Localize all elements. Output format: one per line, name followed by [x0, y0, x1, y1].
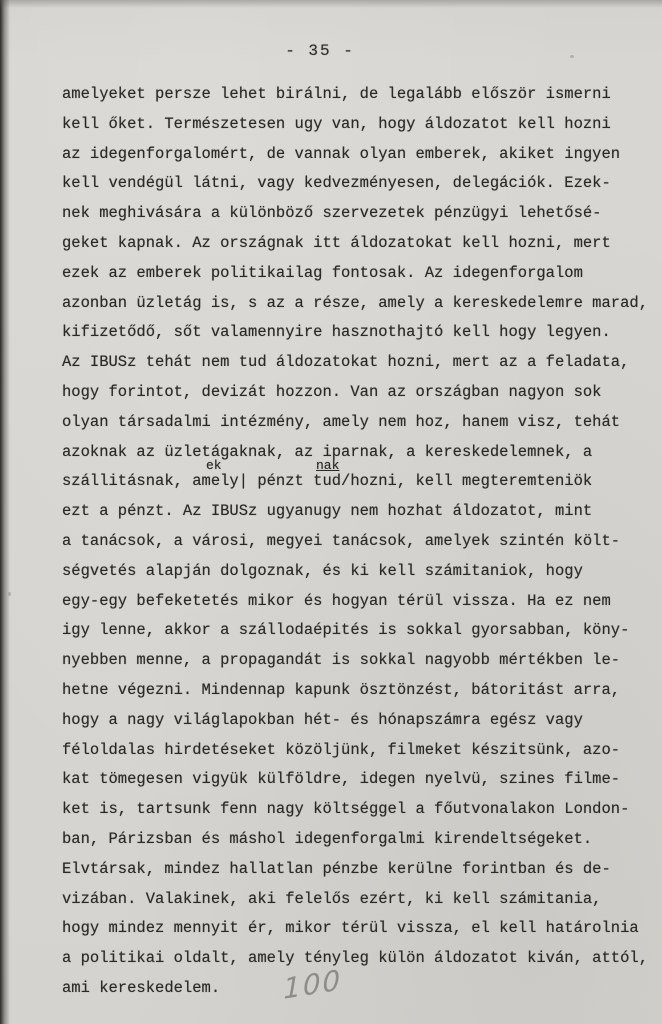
- text-line: ket is, tartsunk fenn nagy költséggel a …: [62, 795, 642, 825]
- text-line: Az IBUSz tehát nem tud áldozatokat hozni…: [62, 348, 642, 378]
- text-line: kell vendégül látni, vagy kedvezményesen…: [62, 169, 642, 199]
- text-line: kat tömegesen vigyük külföldre, idegen n…: [62, 765, 642, 795]
- text-line: Elvtársak, mindez hallatlan pénzbe kerül…: [62, 855, 642, 885]
- text-line: ami kereskedelem.: [62, 974, 642, 1004]
- text-line: nek meghivására a különböző szervezetek …: [62, 199, 642, 229]
- text-line: hetne végezni. Mindennap kapunk ösztönzé…: [62, 676, 642, 706]
- text-line: ségvetés alapján dolgoznak, és ki kell s…: [62, 557, 642, 587]
- paper-speck: [8, 592, 11, 596]
- text-line: hogy forintot, devizát hozzon. Van az or…: [62, 378, 642, 408]
- text-line: kifizetődő, sőt valamennyire hasznothajt…: [62, 318, 642, 348]
- text-line: vizában. Valakinek, aki felelős ezért, k…: [62, 885, 642, 915]
- text-line: azoknak az üzletágaknak, az iparnak, a k…: [62, 438, 642, 468]
- paper-speck: [570, 55, 574, 58]
- text-line: amelyeket persze lehet birálni, de legal…: [62, 80, 642, 110]
- text-line: hogy mindez mennyit ér, mikor térül viss…: [62, 914, 642, 944]
- text-line: az idegenforgalomért, de vannak olyan em…: [62, 140, 642, 170]
- text-line: igy lenne, akkor a szállodaépités is sok…: [62, 616, 642, 646]
- text-line: egy-egy befeketetés mikor és hogyan térü…: [62, 587, 642, 617]
- text-line: féloldalas hirdetéseket közöljünk, filme…: [62, 736, 642, 766]
- page-number: - 35 -: [0, 42, 640, 60]
- text-line: ezt a pénzt. Az IBUSz ugyanugy nem hozha…: [62, 497, 642, 527]
- text-line: nyebben menne, a propagandát is sokkal n…: [62, 646, 642, 676]
- text-line: kell őket. Természetesen ugy van, hogy á…: [62, 110, 642, 140]
- text-line-with-corrections: szállitásnak, amely| pénzt tud/hozni, ke…: [62, 467, 642, 497]
- scan-edge-shadow-top: [0, 0, 662, 8]
- text-line: azonban üzletág is, s az a része, amely …: [62, 289, 642, 319]
- scanned-document-page: - 35 - amelyeket persze lehet birálni, d…: [0, 0, 662, 1024]
- text-line: a politikai oldalt, amely tényleg külön …: [62, 944, 642, 974]
- scan-edge-shadow-left: [0, 0, 10, 1024]
- paper-speck: [200, 720, 203, 723]
- typed-insertion-correction: nak: [316, 459, 339, 472]
- text-line: olyan társadalmi intézmény, amely nem ho…: [62, 408, 642, 438]
- text-line: ban, Párizsban és máshol idegenforgalmi …: [62, 825, 642, 855]
- document-body: amelyeket persze lehet birálni, de legal…: [62, 80, 642, 1004]
- text-line: ezek az emberek politikailag fontosak. A…: [62, 259, 642, 289]
- text-line: a tanácsok, a városi, megyei tanácsok, a…: [62, 527, 642, 557]
- text-line: hogy a nagy világlapokban hét- és hónaps…: [62, 706, 642, 736]
- typed-insertion-correction: ek: [206, 459, 222, 472]
- text-line: geket kapnak. Az országnak itt áldozatok…: [62, 229, 642, 259]
